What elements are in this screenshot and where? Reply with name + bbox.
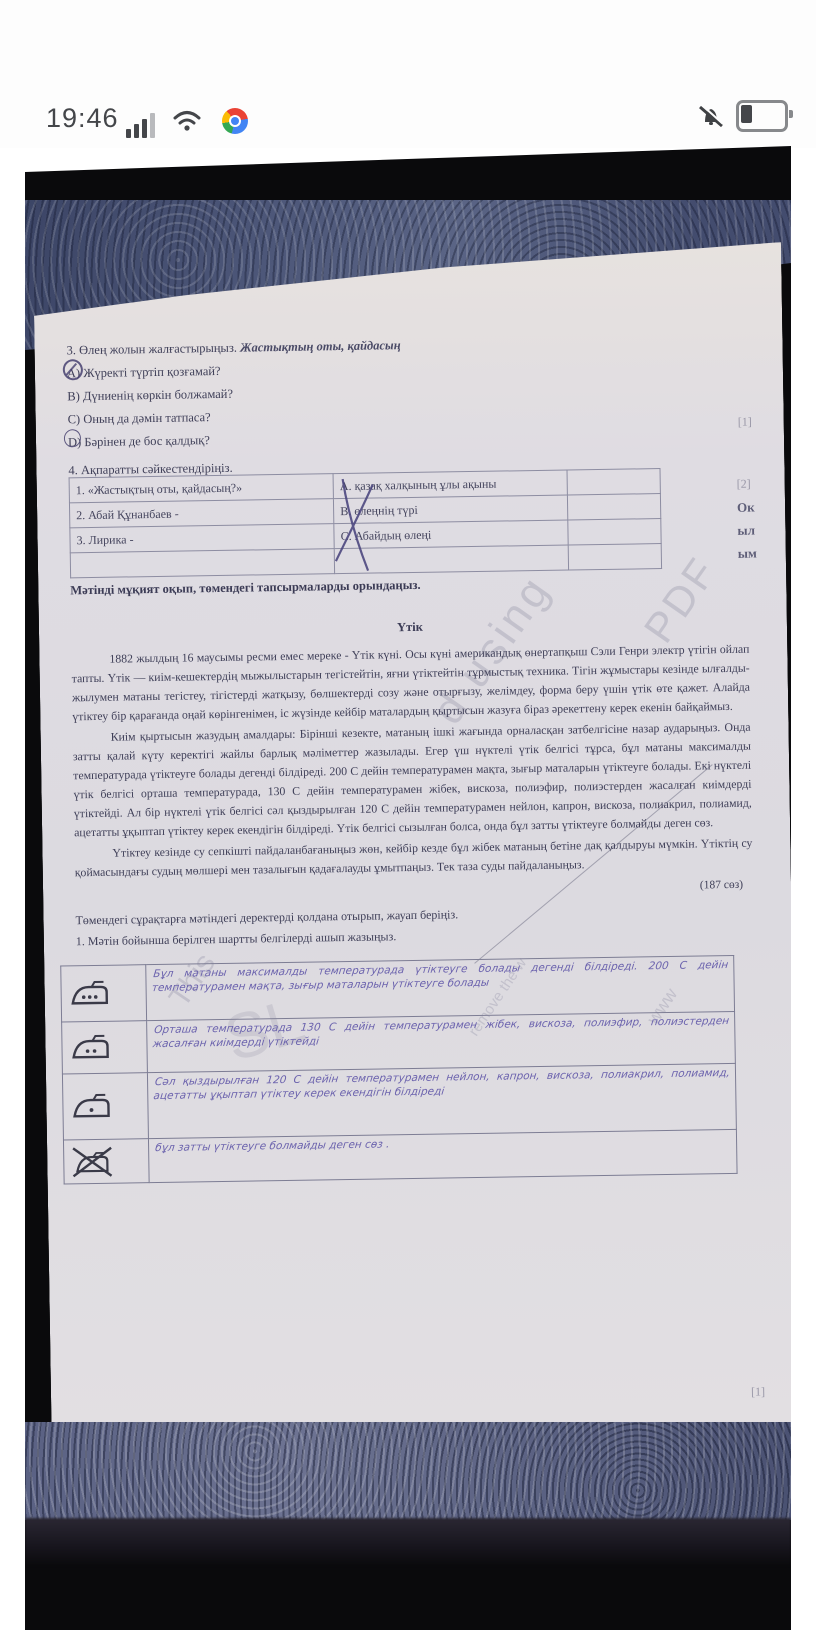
reading-text: Үтік 1882 жылдың 16 маусымы ресми емес м… [71, 609, 758, 1185]
clock: 19:46 [46, 103, 119, 134]
reading-instruction: Мәтінді мұқият оқып, төмендегі тапсырмал… [70, 578, 420, 599]
fabric-background-bottom [25, 1422, 791, 1520]
battery-icon [736, 100, 788, 132]
iron-two-dots-icon [62, 1021, 148, 1074]
notifications-muted-icon [696, 101, 726, 131]
cellular-signal-icon [126, 112, 160, 138]
iron-crossed-icon [63, 1139, 149, 1184]
points-q4: [2] [737, 473, 756, 496]
table-edge-shadow [25, 1518, 791, 1566]
iron-one-dot-icon [62, 1073, 148, 1140]
handwritten-x-mark [333, 476, 381, 575]
question-3-quote: Жастықтың оты, қайдасың [240, 338, 401, 355]
paragraph: Үтіктеу кезінде су сепкішті пайдаланбаға… [74, 834, 753, 883]
pen-mark-option-d: D) [68, 431, 82, 454]
chrome-browser-icon [222, 108, 248, 134]
worksheet-paper: d using PDF This SL remove the w www 3. … [33, 242, 800, 1440]
pen-mark-option-a: A) [67, 362, 81, 385]
worksheet-photo: d using PDF This SL remove the w www 3. … [25, 146, 791, 1630]
handwritten-answer: Бұл матаны максималды температурада үтік… [151, 959, 729, 995]
reading-title: Үтік [71, 613, 749, 643]
paragraph: 1882 жылдың 16 маусымы ресми емес мереке… [71, 640, 750, 727]
margin-annotations: [2] Ок ыл ым [737, 473, 757, 565]
phone-screenshot: 19:46 [0, 0, 816, 1638]
question-3-prompt: 3. Өлең жолын жалғастырыңыз. [66, 341, 237, 358]
answer-row: Сәл қыздырылған 120 С дейін температурам… [62, 1063, 736, 1140]
option-d: D) Бәрінен де бос қалдық? [68, 426, 402, 454]
handwritten-answer: Орташа температурада 130 С дейін темпера… [152, 1015, 730, 1051]
handwritten-answer: Сәл қыздырылған 120 С дейін температурам… [153, 1067, 731, 1103]
answer-row: бұл затты үтіктеуге болмайды деген сөз . [63, 1129, 737, 1184]
handwritten-answer: бұл затты үтіктеуге болмайды деген сөз . [154, 1133, 730, 1156]
margin-word-part: Ок [737, 496, 756, 519]
question-3: 3. Өлең жолын жалғастырыңыз. Жастықтың о… [66, 334, 402, 454]
wifi-icon [172, 108, 202, 132]
status-bar: 19:46 [0, 0, 816, 148]
margin-word-part: ым [738, 542, 757, 565]
margin-word-part: ыл [737, 519, 756, 542]
points-task1: [1] [751, 1385, 765, 1400]
paragraph: Киім қыртысын жазудың амалдары: Бірінші … [73, 718, 753, 843]
answer-table: Бұл матаны максималды температурада үтік… [60, 955, 737, 1185]
iron-three-dots-icon [61, 965, 147, 1022]
points-q3: [1] [738, 415, 752, 430]
